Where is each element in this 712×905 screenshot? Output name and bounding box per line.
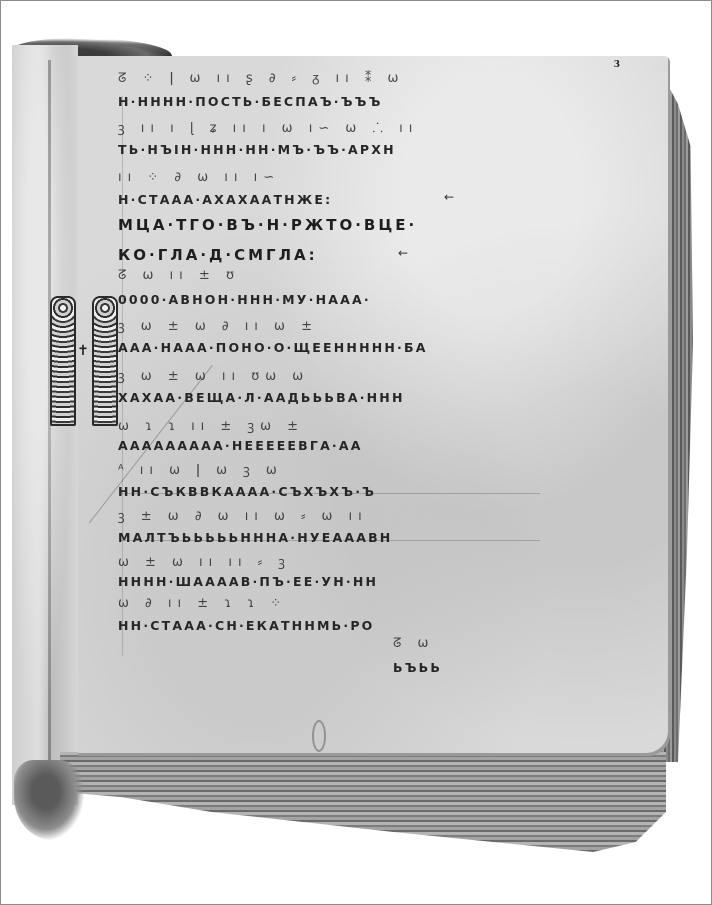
neume-row: ᘔ ⁘ ǀ ω ıı ʂ ∂ ⸗ ᵹ ıı ⁑ ω	[118, 70, 404, 86]
page-stain	[312, 720, 326, 752]
neume-row: ᴬ ıı ω ǀ ω ꝫ ω	[118, 460, 283, 478]
text-row: ААААААААА·НЕЕЕЕЕВГА·АА	[118, 438, 363, 453]
neume-row: ꝫ ω ± ω ıı ʊω ω	[118, 366, 309, 384]
text-row: Н·СТААА·АХАХААТНЖЕ:	[118, 192, 332, 207]
neume-row: ıı ⁘ ∂ ω ıı ı∽	[118, 170, 280, 185]
text-row: НННН·ШААААВ·ПЪ·ЕЕ·УН·НН	[118, 574, 378, 589]
decorated-initial: ✝	[48, 296, 126, 426]
manuscript-page: 3	[78, 56, 670, 756]
knotwork-stem-left	[50, 296, 76, 426]
rubric-row: КО·ГЛА·Д·СМГЛА:	[118, 246, 318, 264]
text-row: ХАХАА·ВЕЩА·Л·ААДЬЬЬВА·ННН	[118, 390, 405, 405]
neume-row: ᘔ ω	[393, 636, 434, 651]
text-row: ААА·НААА·ПОНО·О·ЩЕЕННННН·БА	[118, 340, 428, 355]
cross-icon: ✝	[76, 344, 90, 358]
rubric-row: МЦА·ТГО·ВЪ·Н·РЖТО·ВЦЕ·	[118, 216, 417, 234]
text-row: 0000·АВНОН·ННН·МУ·НААА·	[118, 292, 371, 307]
text-row: МАЛТЪЬЬЬЬЬНННА·НУЕАААВН	[118, 530, 392, 545]
arrow-left-icon: ←	[398, 246, 408, 260]
neume-row: ꝫ ω ± ω ∂ ıı ω ±	[118, 316, 318, 334]
text-row: НН·СЪКВВКАААА·СЪХЪХЪ·Ъ	[118, 484, 376, 499]
binding-cord-bottom	[14, 760, 84, 840]
text-row: НН·СТААА·СН·ЕКАТННМЬ·РО	[118, 618, 375, 633]
arrow-left-icon: ←	[444, 190, 454, 204]
text-row: ЬЪЬЬ	[393, 660, 442, 675]
folio-number: 3	[614, 60, 620, 70]
neume-row: ω ∂ ıı ± ɿ ɿ ⁘	[118, 596, 287, 611]
neume-row: ω ɿ ɿ ıı ± ꝫω ±	[118, 416, 304, 434]
knotwork-stem-right	[92, 296, 118, 426]
neume-row: ꝫ ıı ı ɭ ʑ ıı ı ω ı∽ ω ⸫ ıı	[118, 118, 418, 136]
neume-row: ꝫ ± ω ∂ ω ıı ω ⸗ ω ıı	[118, 506, 368, 524]
neume-row: ω ± ω ıı ıı ⸗ ꝫ	[118, 552, 291, 570]
manuscript-book: 3 ✝ ᘔ ⁘ ǀ ω ıı ʂ ∂ ⸗ ᵹ ıı ⁑ ω Н·НННН·ПОС…	[0, 0, 712, 905]
text-row: ТЬ·НЪІН·ННН·НН·МЪ·ЪЪ·АРХН	[118, 142, 396, 157]
neume-row: ᘔ ω ıı ± ʊ	[118, 268, 240, 283]
bottom-edge-pages	[60, 752, 666, 852]
text-row: Н·НННН·ПОСТЬ·БЕСПАЪ·ЪЪЪ	[118, 94, 383, 109]
